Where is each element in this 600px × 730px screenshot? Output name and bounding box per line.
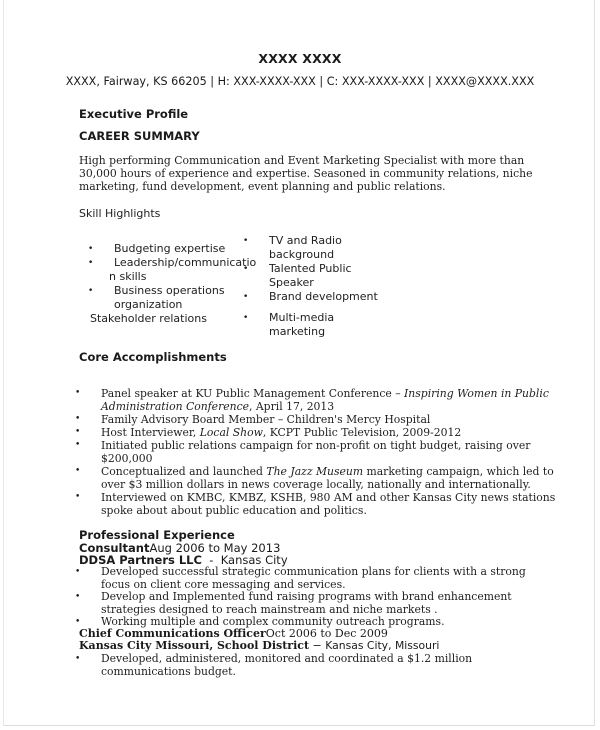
bullet-icon: • [75,387,80,400]
company-line: Kansas City Missouri, School District − … [79,639,439,652]
skill-item-unbulleted: Stakeholder relations [90,312,207,325]
job-bullet: • Developed, administered, monitored and… [66,653,472,678]
accomplishment-item: • Family Advisory Board Member – Childre… [66,413,555,426]
job-bullets: • Developed, administered, monitored and… [66,653,472,678]
bullet-icon: • [88,242,93,256]
bullet-icon: • [243,290,248,304]
bullet-icon: • [243,262,248,276]
accomplishment-item: • Panel speaker at KU Public Management … [66,387,555,413]
bullet-icon: • [75,653,80,666]
summary-line: High performing Communication and Event … [79,154,549,167]
professional-experience-heading: Professional Experience [79,528,235,542]
accomplishments-list: • Panel speaker at KU Public Management … [66,387,555,517]
bullet-icon: • [75,426,80,439]
bullet-icon: • [243,234,248,248]
skill-highlights-heading: Skill Highlights [79,207,160,220]
summary-line: 30,000 hours of experience and expertise… [79,167,549,180]
job-bullet: • Developed successful strategic communi… [66,566,526,591]
skill-item: •TV and Radiobackground [234,234,378,262]
accomplishment-item: • Host Interviewer, Local Show, KCPT Pub… [66,426,555,439]
bullet-icon: • [75,413,80,426]
bullet-icon: • [75,465,80,478]
skill-item: •Leadership/communication skills [79,256,256,284]
executive-profile-heading: Executive Profile [79,107,188,121]
skills-right-list: •TV and Radiobackground •Talented Public… [234,234,378,339]
skill-item: •Talented PublicSpeaker [234,262,378,290]
bullet-icon: • [75,566,80,579]
bullet-icon: • [243,311,248,325]
bullet-icon: • [75,491,80,504]
company-name: Kansas City Missouri, School District [79,639,309,652]
skill-item: •Business operationsorganization [79,284,256,312]
bullet-icon: • [75,439,80,452]
core-accomplishments-heading: Core Accomplishments [79,350,227,364]
company-location: Kansas City, Missouri [325,639,439,652]
skill-item: •Multi-mediamarketing [234,311,378,339]
skill-item: •Brand development [234,290,378,304]
bullet-icon: • [75,591,80,604]
job-bullets: • Developed successful strategic communi… [66,566,526,629]
bullet-icon: • [88,284,93,298]
summary-line: marketing, fund development, event plann… [79,180,549,193]
skills-left-list: •Budgeting expertise •Leadership/communi… [79,242,256,312]
contact-line: XXXX, Fairway, KS 66205 | H: XXX-XXXX-XX… [4,75,596,88]
accomplishment-item: • Interviewed on KMBC, KMBZ, KSHB, 980 A… [66,491,555,517]
resume-page: XXXX XXXX XXXX, Fairway, KS 66205 | H: X… [3,0,595,726]
skill-item: •Budgeting expertise [79,242,256,256]
candidate-name: XXXX XXXX [4,51,596,66]
career-summary-heading: CAREER SUMMARY [79,129,200,143]
accomplishment-item: • Conceptualized and launched The Jazz M… [66,465,555,491]
bullet-icon: • [88,256,93,270]
career-summary-text: High performing Communication and Event … [79,154,549,193]
accomplishment-item: • Initiated public relations campaign fo… [66,439,555,465]
job-bullet: • Develop and Implemented fund raising p… [66,591,526,616]
